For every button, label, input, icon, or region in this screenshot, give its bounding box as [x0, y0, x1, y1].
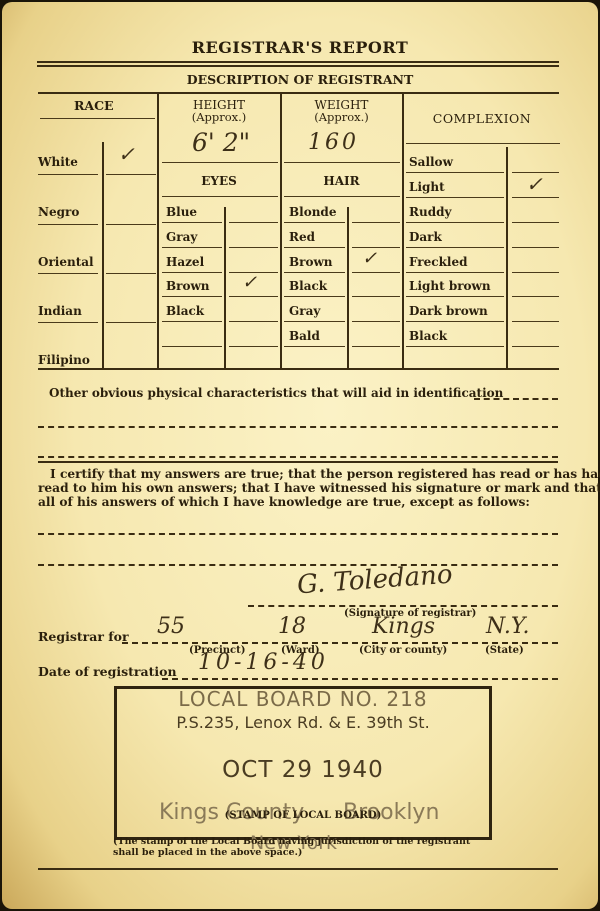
eyes-gray: Gray [166, 230, 197, 244]
rule [106, 273, 156, 274]
rule [229, 296, 278, 297]
rule [162, 247, 222, 248]
hair-red: Red [289, 230, 315, 244]
rule [352, 321, 400, 322]
hair-gray: Gray [289, 304, 320, 318]
rule [406, 197, 504, 198]
stamp-date: OCT 29 1940 [117, 757, 489, 783]
rule [38, 322, 98, 323]
race-white: White [38, 155, 78, 169]
complexion-light: Light [409, 180, 445, 194]
rule [406, 143, 560, 144]
other-characteristics-line-2[interactable] [38, 426, 558, 428]
complexion-divider [506, 147, 508, 369]
complexion-dark-brown: Dark brown [409, 304, 488, 318]
col-divider-2 [280, 93, 282, 369]
rule [162, 296, 222, 297]
rule [406, 272, 504, 273]
rule [162, 346, 222, 347]
rule [229, 272, 278, 273]
rule [38, 273, 98, 274]
race-negro: Negro [38, 205, 79, 219]
rule [162, 272, 222, 273]
race-indian: Indian [38, 304, 82, 318]
rule [38, 224, 98, 225]
table-top-rule [38, 92, 559, 94]
eyes-brown: Brown [166, 279, 210, 293]
rule [284, 162, 400, 163]
complexion-sallow: Sallow [409, 155, 453, 169]
complexion-ruddy: Ruddy [409, 205, 451, 219]
other-characteristics-line-3[interactable] [38, 456, 558, 458]
rule [106, 174, 156, 175]
rule [284, 222, 345, 223]
section-title: DESCRIPTION OF REGISTRANT [2, 72, 598, 87]
rule [406, 222, 504, 223]
race-check-mark[interactable]: ✓ [118, 142, 135, 166]
rule [352, 247, 400, 248]
rule [284, 247, 345, 248]
exceptions-line-2[interactable] [38, 564, 558, 566]
rule [284, 321, 345, 322]
rule [229, 247, 278, 248]
stamp-note-line-2: shall be placed in the above space.) [113, 847, 302, 858]
date-of-registration-label: Date of registration [38, 665, 177, 679]
weight-sub: (Approx.) [281, 110, 402, 124]
eyes-header: EYES [158, 174, 280, 188]
rule [512, 197, 559, 198]
eyes-black: Black [166, 304, 204, 318]
rule [352, 346, 400, 347]
hair-header: HAIR [281, 174, 402, 188]
hair-bald: Bald [289, 329, 320, 343]
rule [512, 296, 559, 297]
rule [106, 322, 156, 323]
race-oriental: Oriental [38, 255, 94, 269]
eyes-blue: Blue [166, 205, 197, 219]
rule [512, 172, 559, 173]
rule [352, 222, 400, 223]
rule [284, 296, 345, 297]
registration-card: REGISTRAR'S REPORT DESCRIPTION OF REGIST… [2, 2, 598, 909]
section-rule [38, 461, 558, 463]
eyes-divider [224, 207, 226, 369]
rule [162, 222, 222, 223]
stamp-caption: (STAMP OF LOCAL BOARD) [117, 810, 489, 821]
rule [352, 272, 400, 273]
registrar-for-line [122, 642, 558, 644]
rule [406, 346, 504, 347]
rule [106, 224, 156, 225]
race-header: RACE [74, 99, 114, 113]
weight-value[interactable]: 160 [308, 130, 359, 155]
hair-brown: Brown [289, 255, 333, 269]
signature-line [248, 605, 558, 607]
complexion-black: Black [409, 329, 447, 343]
bottom-rule [38, 868, 558, 870]
rule [284, 196, 400, 197]
certification-line-2: read to him his own answers; that I have… [38, 481, 600, 495]
complexion-freckled: Freckled [409, 255, 467, 269]
rule [229, 222, 278, 223]
height-sub: (Approx.) [158, 110, 280, 124]
table-bottom-rule [38, 368, 559, 370]
rule [512, 321, 559, 322]
precinct-value[interactable]: 55 [157, 614, 185, 639]
stamp-note-line-1: (The stamp of the Local Board having jur… [113, 836, 470, 847]
rule [284, 346, 345, 347]
rule [229, 321, 278, 322]
rule [512, 272, 559, 273]
stamp-board-number: LOCAL BOARD NO. 218 [117, 687, 489, 711]
rule [512, 346, 559, 347]
ward-value[interactable]: 18 [278, 614, 306, 639]
local-board-stamp-box: LOCAL BOARD NO. 218 P.S.235, Lenox Rd. &… [114, 686, 492, 840]
complexion-check-mark[interactable]: ✓ [526, 172, 543, 196]
rule [229, 346, 278, 347]
hair-blonde: Blonde [289, 205, 336, 219]
hair-check-mark[interactable]: ✓ [362, 248, 377, 269]
certification-line-3: all of his answers of which I have knowl… [38, 495, 530, 509]
complexion-light-brown: Light brown [409, 279, 491, 293]
title-rule-top [37, 61, 559, 63]
rule [406, 321, 504, 322]
rule [284, 272, 345, 273]
other-characteristics-field[interactable] [474, 398, 558, 400]
rule [352, 296, 400, 297]
rule [512, 222, 559, 223]
date-of-registration-line [162, 678, 558, 680]
height-value[interactable]: 6' 2" [192, 128, 250, 157]
complexion-dark: Dark [409, 230, 442, 244]
hair-divider [347, 207, 349, 369]
certification-line-1: I certify that my answers are true; that… [50, 467, 600, 481]
other-characteristics-label: Other obvious physical characteristics t… [49, 386, 503, 400]
eyes-hazel: Hazel [166, 255, 204, 269]
complexion-header: COMPLEXION [404, 112, 560, 126]
rule [406, 296, 504, 297]
eyes-check-mark[interactable]: ✓ [242, 272, 257, 293]
rule [162, 162, 278, 163]
col-divider-3 [402, 93, 404, 369]
hair-black: Black [289, 279, 327, 293]
state-caption: (State) [485, 645, 524, 656]
page-title: REGISTRAR'S REPORT [2, 38, 598, 57]
state-value[interactable]: N.Y. [486, 614, 530, 639]
rule [406, 247, 504, 248]
exceptions-line-1[interactable] [38, 533, 558, 535]
city-value[interactable]: Kings [372, 614, 435, 639]
rule [512, 247, 559, 248]
rule [162, 321, 222, 322]
rule [38, 174, 98, 175]
col-divider-1 [157, 93, 159, 369]
title-rule-bottom [37, 65, 559, 67]
stamp-address: P.S.235, Lenox Rd. & E. 39th St. [117, 713, 489, 732]
race-divider [102, 142, 104, 368]
registrar-for-label: Registrar for [38, 630, 129, 644]
date-of-registration-value[interactable]: 10-16-40 [198, 650, 329, 675]
rule [162, 196, 278, 197]
race-filipino: Filipino [38, 353, 90, 367]
race-header-rule [40, 118, 155, 119]
city-caption: (City or county) [359, 645, 447, 656]
rule [406, 172, 504, 173]
